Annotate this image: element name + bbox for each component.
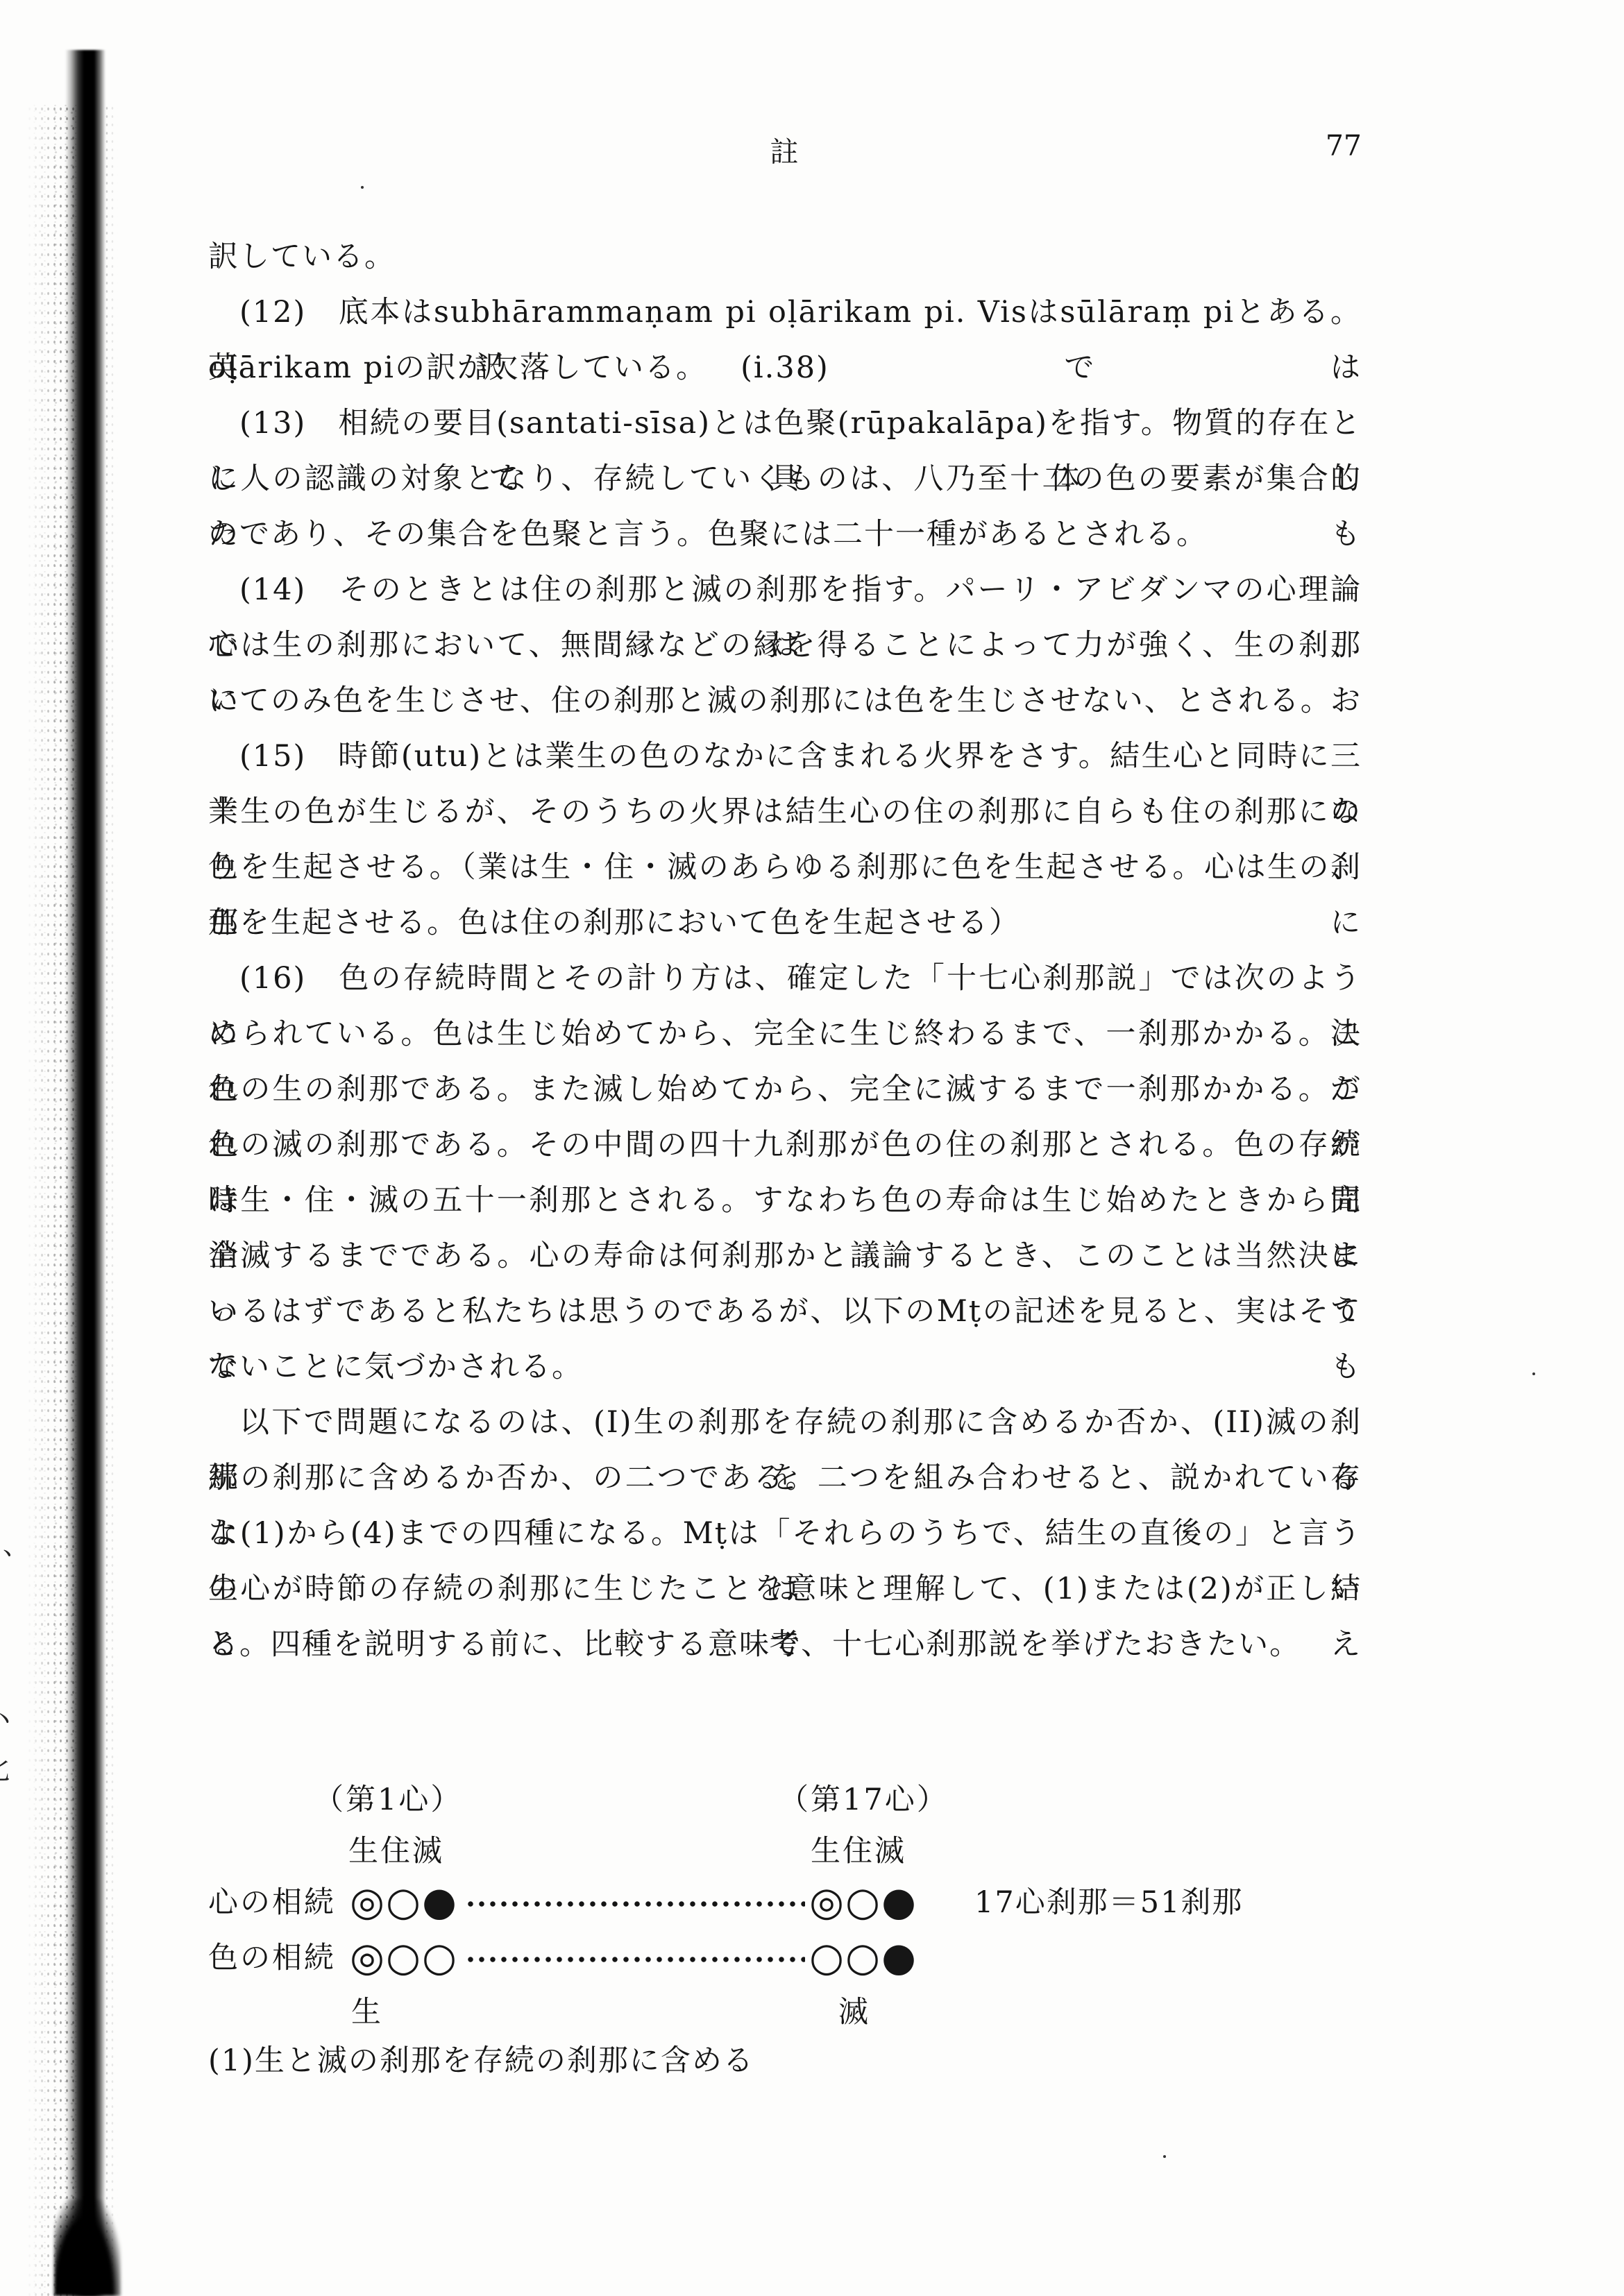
- body-line: 消滅するまでである。心の寿命は何刹那かと議論するとき、このことは当然決まって: [208, 1228, 1362, 1284]
- header-title: 註: [208, 129, 1362, 170]
- body-line: る。四種を説明する前に、比較する意味で、十七心刹那説を挙げたおきたい。: [208, 1617, 1362, 1672]
- body-line: 心は生の刹那において、無間縁などの縁を得ることによって力が強く、生の刹那にお: [208, 618, 1362, 673]
- circle-glyph: ○: [809, 1933, 845, 1982]
- body-line: 訳している。: [208, 229, 1362, 284]
- running-header: 註 77: [208, 129, 1362, 171]
- noise-speck: [1163, 2155, 1166, 2158]
- body-line: 続の刹那に含めるか否か、の二つである。二つを組み合わせると、説かれているよう: [208, 1450, 1362, 1506]
- diagram-bottom-right-label: 滅: [838, 1990, 870, 2034]
- body-line: な(1)から(4)までの四種になる。Mṭは「それらのうちで、結生の直後の」と言う…: [208, 1506, 1362, 1561]
- circle-glyph: ◎: [349, 1933, 385, 1982]
- body-line: 生心が時節の存続の刹那に生じたことを意味と理解して、(1)または(2)が正しいと…: [208, 1561, 1362, 1617]
- scan-noise-left: [26, 104, 76, 2296]
- diagram-col1-subheader: 生住滅: [348, 1829, 444, 1873]
- diagram-col2-subheader: 生住滅: [811, 1829, 906, 1873]
- circle-glyph: ●: [421, 1878, 457, 1926]
- body-line: 色の滅の刹那である。その中間の四十九刹那が色の住の刹那とされる。色の存続時間: [208, 1117, 1362, 1173]
- stray-mark: 匕: [0, 1749, 11, 1787]
- noise-speck: [361, 186, 364, 189]
- page-number: 77: [1326, 129, 1362, 162]
- noise-speck: [1532, 1372, 1535, 1375]
- body-line: いるはずであると私たちは思うのであるが、以下のMṭの記述を見ると、実はそうでも: [208, 1284, 1362, 1339]
- scan-gutter-foot-smudge: [54, 2200, 121, 2296]
- diagram-row1-label: 心の相続: [208, 1880, 336, 1925]
- body-line: められている。色は生じ始めてから、完全に生じ終わるまで、一刹那かかる。これが: [208, 1006, 1362, 1062]
- body-line: 以下で問題になるのは、(I)生の刹那を存続の刹那に含めるか否か、(II)滅の刹那…: [208, 1395, 1362, 1450]
- circle-glyph: ○: [845, 1933, 881, 1982]
- body-line: 業生の色が生じるが、そのうちの火界は結生心の住の刹那に自らも住の刹那になり、: [208, 784, 1362, 840]
- dotted-line: [465, 1955, 805, 1964]
- circle-glyph: ●: [881, 1933, 917, 1982]
- body-line: は生・住・滅の五十一刹那とされる。すなわち色の寿命は生じ始めたときから完全に: [208, 1173, 1362, 1228]
- dotted-line: [465, 1900, 805, 1908]
- body-line: (12) 底本はsubhārammaṇam pi oḷārikam pi. Vi…: [208, 284, 1362, 340]
- body-line: (15) 時節(utu)とは業生の色のなかに含まれる火界をさす。結生心と同時に三…: [208, 729, 1362, 784]
- body-line: に人の認識の対象となり、存続していくものは、八乃至十二の色の要素が集合したも: [208, 451, 1362, 507]
- diagram-row2-label: 色の相続: [208, 1936, 336, 1980]
- diagram-bottom-left-label: 生: [351, 1990, 383, 2034]
- diagram-row-matter: 色の相続 ◎ ○ ○ ○ ○ ●: [208, 1936, 1402, 1984]
- stray-mark: 、: [3, 1524, 29, 1562]
- body-line: (14) そのときとは住の刹那と滅の刹那を指す。パーリ・アビダンマの心理論では、: [208, 562, 1362, 618]
- circle-glyph: ○: [421, 1933, 457, 1982]
- circle-glyph: ●: [881, 1878, 917, 1926]
- body-line: のであり、その集合を色聚と言う。色聚には二十一種があるとされる。: [208, 507, 1362, 562]
- circle-glyph: ◎: [349, 1878, 385, 1926]
- diagram-col2-header: （第17心）: [779, 1778, 949, 1822]
- body-line: 色の生の刹那である。また滅し始めてから、完全に滅するまで一刹那かかる。これが: [208, 1062, 1362, 1117]
- circle-glyph: ○: [385, 1878, 421, 1926]
- body-line: いてのみ色を生じさせ、住の刹那と滅の刹那には色を生じさせない、とされる。: [208, 673, 1362, 729]
- scanned-page: 、 丶 匕 註 77 訳している。(12) 底本はsubhārammaṇam p…: [0, 0, 1624, 2296]
- circle-glyph: ○: [385, 1933, 421, 1982]
- body-line: (16) 色の存続時間とその計り方は、確定した「十七心刹那説」では次のように決: [208, 951, 1362, 1006]
- seventeen-moment-diagram: （第1心） （第17心） 生住滅 生住滅 心の相続 ◎ ○ ● ◎ ○ ● 17…: [208, 1769, 1402, 2047]
- circle-glyph: ○: [845, 1878, 881, 1926]
- diagram-row-mind: 心の相続 ◎ ○ ● ◎ ○ ● 17心刹那＝51刹那: [208, 1880, 1402, 1929]
- body-text: 訳している。(12) 底本はsubhārammaṇam pi oḷārikam …: [208, 229, 1362, 1672]
- diagram-annotation: 17心刹那＝51刹那: [974, 1880, 1243, 1925]
- scan-noise-right: [104, 104, 118, 2296]
- body-line: (13) 相続の要目(santati-sīsa)とは色聚(rūpakalāpa)…: [208, 396, 1362, 451]
- stray-mark: 丶: [0, 1699, 17, 1737]
- body-line: 色を生起させる。（業は生・住・滅のあらゆる刹那に色を生起させる。心は生の刹那に: [208, 840, 1362, 895]
- circle-glyph: ◎: [809, 1878, 845, 1926]
- diagram-col1-header: （第1心）: [314, 1778, 462, 1822]
- diagram-caption: (1)生と滅の刹那を存続の刹那に含める: [208, 2041, 754, 2080]
